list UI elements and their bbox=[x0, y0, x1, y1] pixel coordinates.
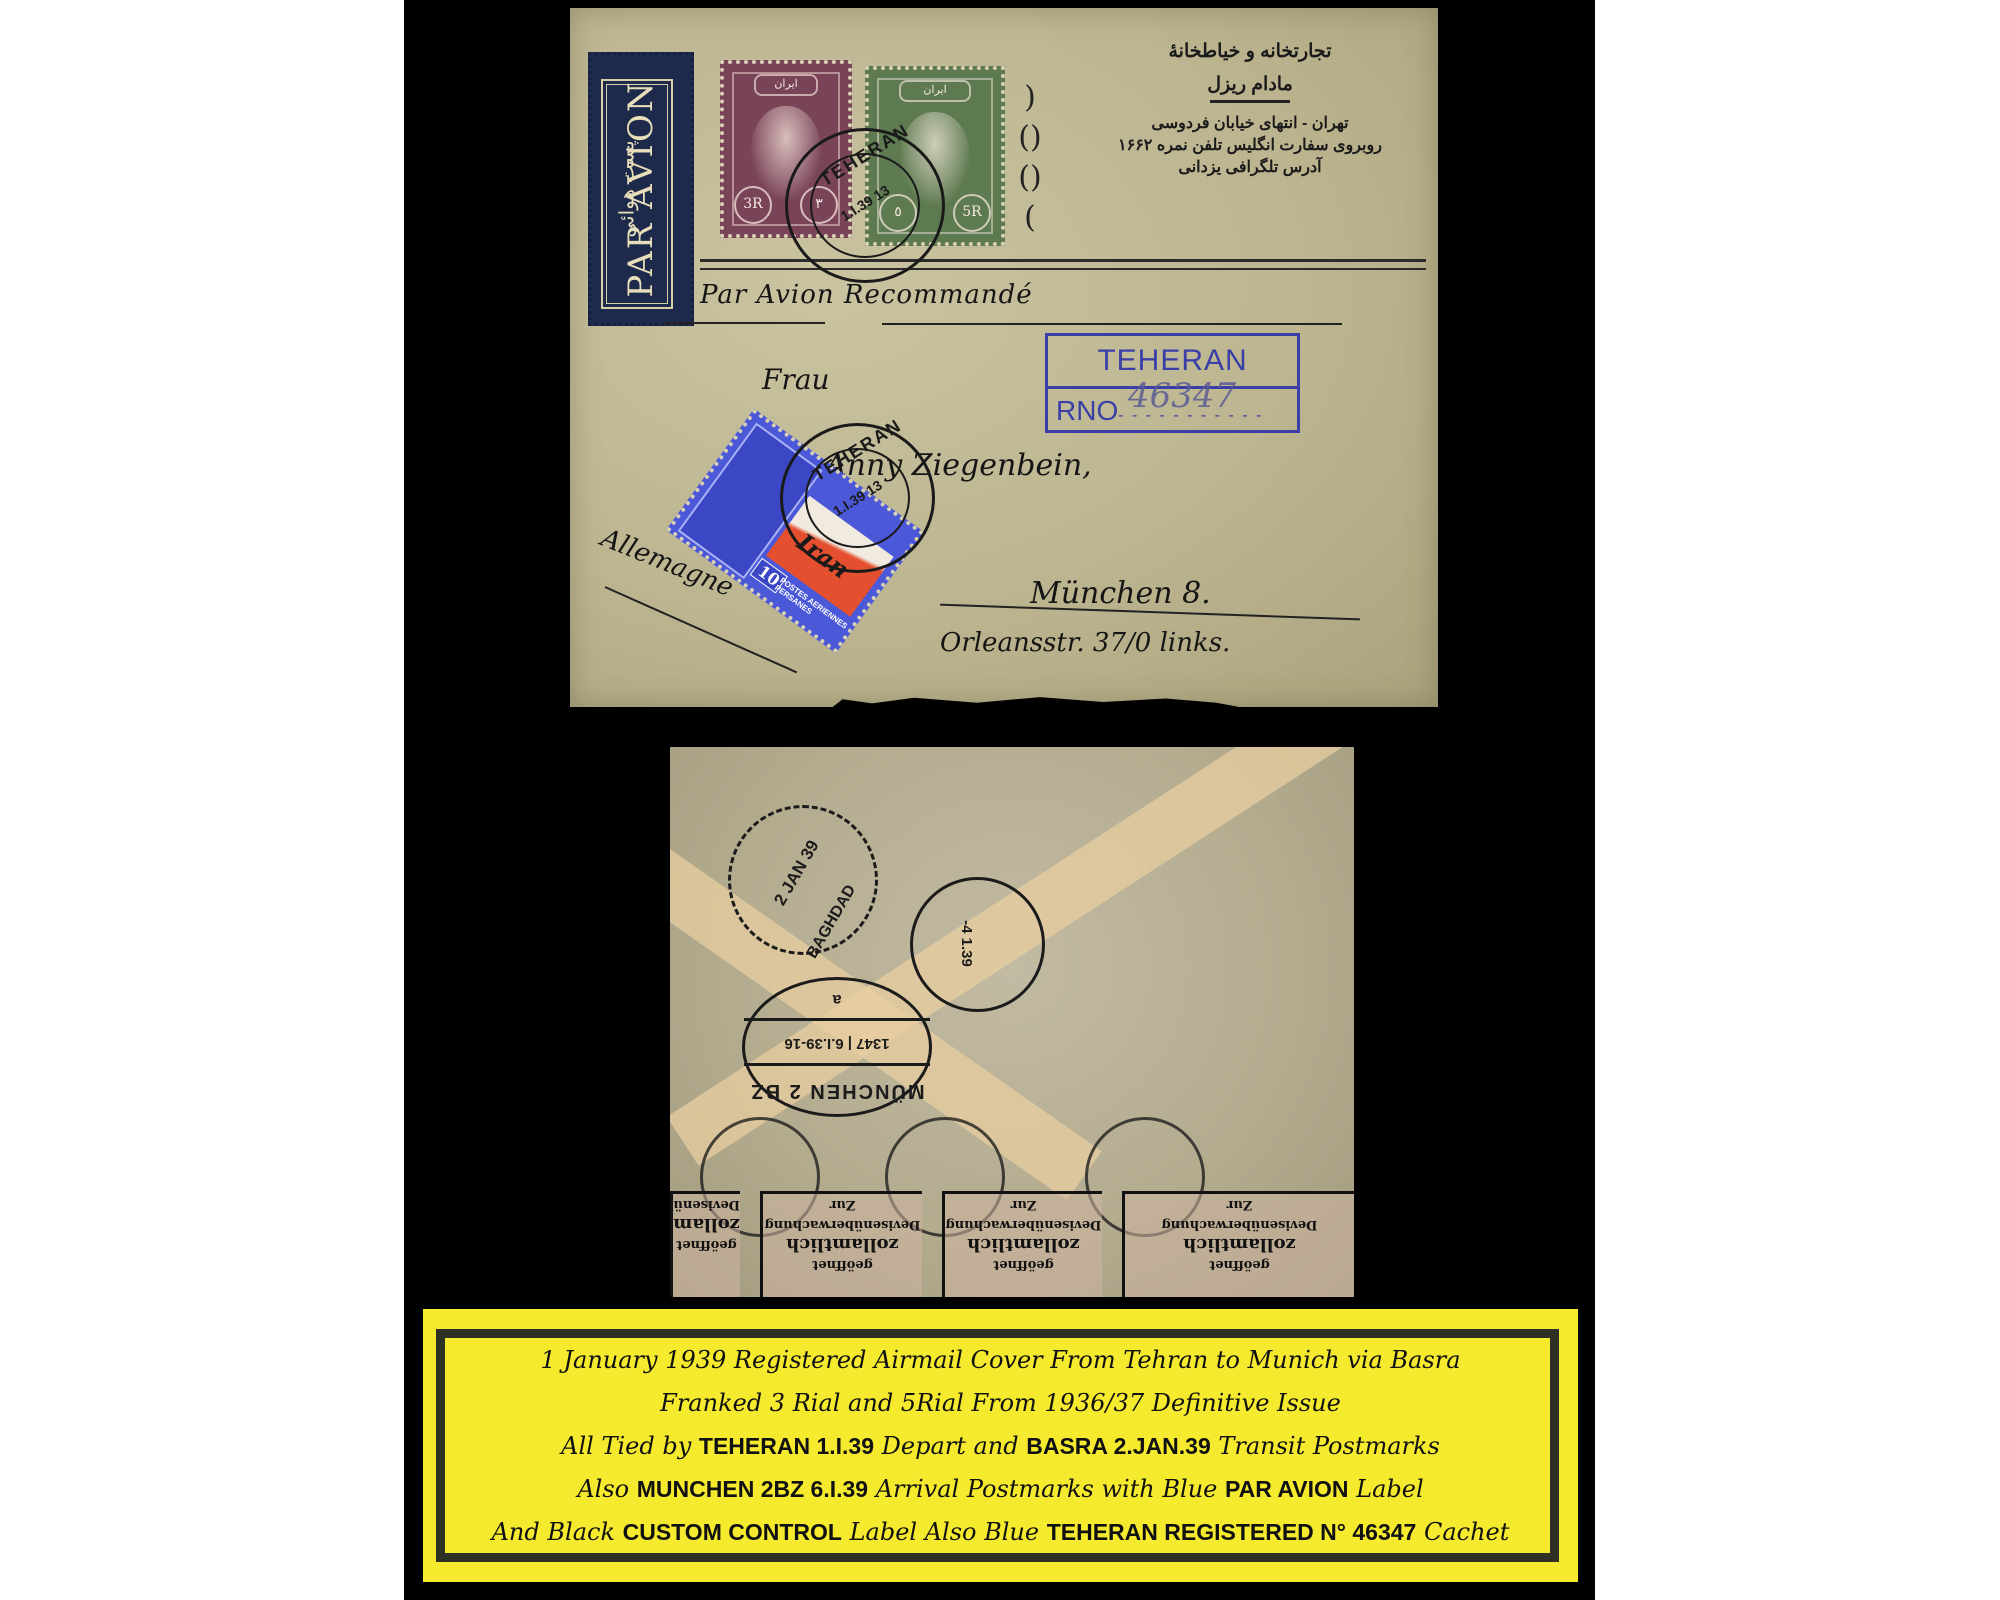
par-avion-label: PAR AVION پست هوائی bbox=[588, 52, 694, 326]
postmark-city: BAGHDAD bbox=[804, 882, 860, 962]
letterhead-line: تهران - انتهای خیابان فردوسی bbox=[1090, 113, 1410, 135]
registration-cachet: TEHERAN RNO- - - - - - - - - - - 46347 bbox=[1045, 333, 1300, 433]
handwritten-service: Par Avion Recommandé bbox=[700, 280, 1033, 310]
munich-round-postmark: -4 1.39 bbox=[910, 877, 1045, 1012]
customs-control-labels: geöffnetzollamtlichDevisenüberwachung ge… bbox=[670, 1191, 1354, 1297]
postmark-date: 1.I.39 13 bbox=[795, 155, 934, 250]
customs-label: geöffnetzollamtlichDevisenüberwachungZur bbox=[1122, 1191, 1354, 1297]
postmark-date: -4 1.39 bbox=[958, 920, 975, 967]
stamp-country: ایران bbox=[754, 74, 818, 96]
teheran-postmark: TEHERAN 1.I.39 13 bbox=[780, 423, 935, 573]
par-avion-persian-text: پست هوائی bbox=[615, 140, 640, 237]
stamp-value: 5R bbox=[953, 194, 991, 232]
caption-line: 1 January 1939 Registered Airmail Cover … bbox=[423, 1339, 1578, 1382]
torn-edge bbox=[830, 695, 1250, 709]
stamp-value: 3R bbox=[734, 186, 772, 224]
letterhead: تجارتخانه و خیاطخانهٔ مادام ریزل تهران -… bbox=[1090, 40, 1410, 179]
caption-line: Franked 3 Rial and 5Rial From 1936/37 De… bbox=[423, 1382, 1578, 1425]
letterhead-line: تجارتخانه و خیاطخانهٔ bbox=[1090, 40, 1410, 63]
customs-label: geöffnetzollamtlichDevisenüberwachungZur bbox=[760, 1191, 922, 1297]
registration-number: 46347 bbox=[1128, 376, 1236, 416]
caption-line: Also MUNCHEN 2BZ 6.I.39 Arrival Postmark… bbox=[423, 1468, 1578, 1511]
caption-line: All Tied by TEHERAN 1.I.39 Depart and BA… bbox=[423, 1425, 1578, 1468]
baghdad-postmark: 2 JAN 39 BAGHDAD bbox=[728, 805, 878, 955]
letterhead-name: مادام ریزل bbox=[1090, 73, 1410, 96]
caption-text: 1 January 1939 Registered Airmail Cover … bbox=[423, 1339, 1578, 1554]
munich-oval-postmark: a 1347 | 6.I.39-16 MÜNCHEN 2 BZ bbox=[742, 977, 932, 1117]
caption-line: And Black CUSTOM CONTROL Label Also Blue… bbox=[423, 1511, 1578, 1554]
handwritten-city: München 8. bbox=[1030, 576, 1211, 611]
postmark-date: 1347 | 6.I.39-16 bbox=[744, 1018, 930, 1066]
customs-label: geöffnetzollamtlichDevisenüberwachung bbox=[670, 1191, 740, 1297]
handwritten-salutation: Frau bbox=[762, 363, 830, 396]
description-caption: 1 January 1939 Registered Airmail Cover … bbox=[423, 1309, 1578, 1582]
postmark-date: 1.I.39 13 bbox=[790, 452, 925, 545]
ornament-border: )()()( bbox=[1018, 78, 1042, 238]
registration-prefix: RNO bbox=[1056, 395, 1118, 426]
cover-back: 2 JAN 39 BAGHDAD -4 1.39 a 1347 | 6.I.39… bbox=[670, 747, 1354, 1297]
postmark-date: 2 JAN 39 bbox=[770, 837, 823, 909]
letterhead-line: روبروی سفارت انگلیس تلفن نمره ۱۶۶۲ bbox=[1090, 135, 1410, 157]
teheran-postmark: TEHERAN 1.I.39 13 bbox=[785, 128, 945, 283]
customs-label: geöffnetzollamtlichDevisenüberwachungZur bbox=[942, 1191, 1102, 1297]
handwritten-street: Orleansstr. 37/0 links. bbox=[940, 628, 1230, 658]
postmark-city: TEHERAN bbox=[789, 402, 926, 499]
postmark-city: MÜNCHEN 2 BZ bbox=[745, 1079, 929, 1102]
stamp-country: ایران bbox=[899, 80, 971, 102]
letterhead-line: آدرس تلگرافی یزدانی bbox=[1090, 157, 1410, 179]
cover-front: PAR AVION پست هوائی ایران 3R ٣ ایران ٥ 5… bbox=[570, 8, 1438, 707]
